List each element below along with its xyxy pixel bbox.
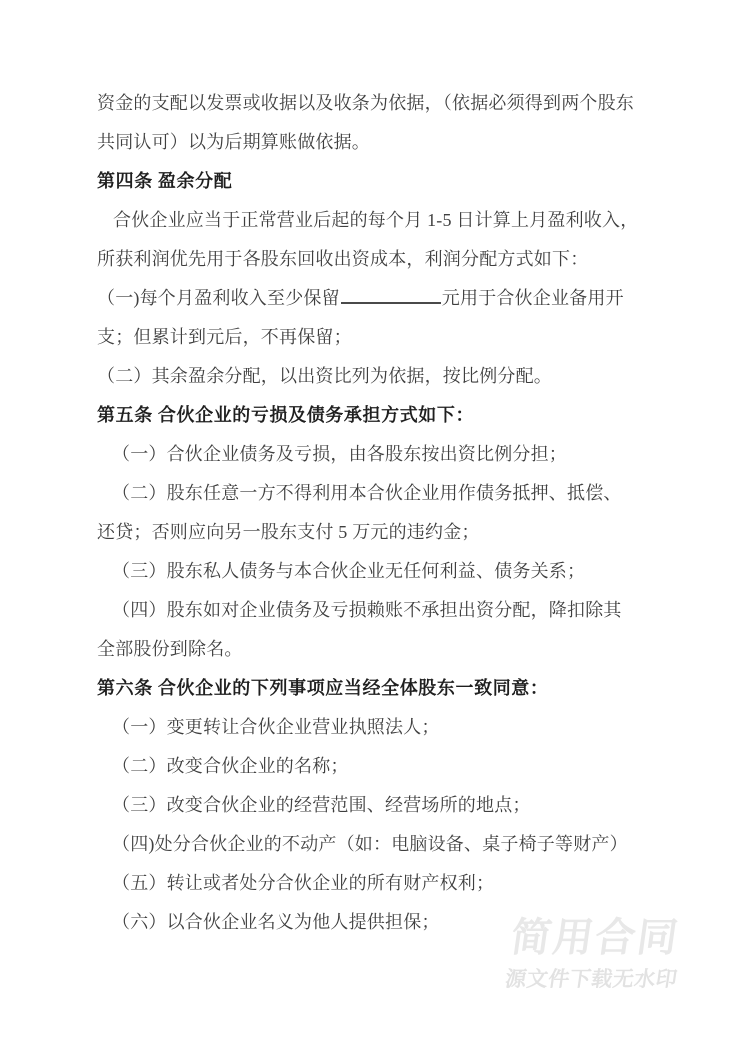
clause-heading-5: 第五条 合伙企业的亏损及债务承担方式如下： xyxy=(97,396,657,435)
list-item-line: （一）变更转让合伙企业营业执照法人； xyxy=(97,708,657,747)
list-item-line: （四)处分合伙企业的不动产（如：电脑设备、桌子椅子等财产） xyxy=(97,825,657,864)
list-item-line: （六）以合伙企业名义为他人提供担保； xyxy=(97,903,657,942)
paragraph-line: 支；但累计到元后，不再保留； xyxy=(97,318,657,357)
list-item-line: （三）改变合伙企业的经营范围、经营场所的地点； xyxy=(97,786,657,825)
paragraph-line: 全部股份到除名。 xyxy=(97,630,657,669)
list-item-line: （一）合伙企业债务及亏损，由各股东按出资比例分担； xyxy=(97,435,657,474)
list-item-line: （二）改变合伙企业的名称； xyxy=(97,747,657,786)
list-item-line: （二）其余盈余分配，以出资比列为依据，按比例分配。 xyxy=(97,357,657,396)
list-item-line: （五）转让或者处分合伙企业的所有财产权利； xyxy=(97,864,657,903)
contract-page: 资金的支配以发票或收据以及收条为依据，（依据必须得到两个股东 共同认可）以为后期… xyxy=(0,0,742,1049)
blank-fill-post-text: 元用于合伙企业备用开 xyxy=(442,288,624,308)
list-item-line: （四）股东如对企业债务及亏损赖账不承担出资分配，降扣除其 xyxy=(97,591,657,630)
paragraph-line: 还贷；否则应向另一股东支付 5 万元的违约金； xyxy=(97,513,657,552)
blank-underline xyxy=(341,286,441,304)
contract-text-block: 资金的支配以发票或收据以及收条为依据，（依据必须得到两个股东 共同认可）以为后期… xyxy=(97,84,657,942)
paragraph-line: 合伙企业应当于正常营业后起的每个月 1-5 日计算上月盈利收入， xyxy=(97,201,657,240)
paragraph-line: 所获利润优先用于各股东回收出资成本，利润分配方式如下： xyxy=(97,240,657,279)
list-item-line: （二）股东任意一方不得利用本合伙企业用作债务抵押、抵偿、 xyxy=(97,474,657,513)
blank-fill-line: （一)每个月盈利收入至少保留元用于合伙企业备用开 xyxy=(97,279,657,318)
paragraph-line: 共同认可）以为后期算账做依据。 xyxy=(97,123,657,162)
paragraph-line: 资金的支配以发票或收据以及收条为依据，（依据必须得到两个股东 xyxy=(97,84,657,123)
clause-heading-4: 第四条 盈余分配 xyxy=(97,162,657,201)
watermark-subtitle: 源文件下载无水印 xyxy=(504,969,679,991)
blank-fill-pre-text: （一)每个月盈利收入至少保留 xyxy=(97,288,340,308)
list-item-line: （三）股东私人债务与本合伙企业无任何利益、债务关系； xyxy=(97,552,657,591)
clause-heading-6: 第六条 合伙企业的下列事项应当经全体股东一致同意： xyxy=(97,669,657,708)
